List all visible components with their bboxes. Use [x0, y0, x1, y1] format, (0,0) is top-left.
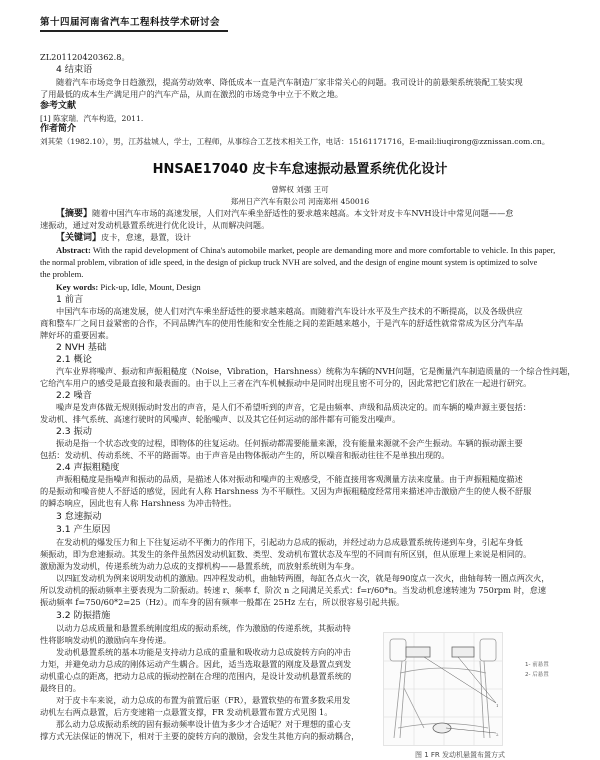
author-intro-heading: 作者简介	[40, 124, 76, 135]
abstract-en-line: the problem.	[40, 269, 83, 280]
body-line: 动机重心点的距离，把动力总成的振动控制在合理的范围内，是设计发动机悬置系统的	[40, 671, 351, 682]
body-line: 性将影响发动机的激励向车身传递。	[40, 635, 171, 646]
document-page: 第十四届河南省汽车工程科技学术研讨会 ZL201120420362.8。 4 结…	[0, 0, 600, 760]
callout-2: 2	[496, 732, 499, 737]
body-line: 的是振动和噪音使人不舒适的感觉，因此有人称 Harshness 为不平顺性。又因…	[40, 486, 531, 497]
body-line: 以四缸发动机为例来说明发动机的激励。四冲程发动机，曲轴转两圈，每缸各点火一次，就…	[56, 573, 549, 584]
body-line: 以动力总成质量和悬置系统刚度组成的振动系统，作为激励的传递系统，其振动特	[56, 623, 351, 634]
figure-caption: 图 1 FR 发动机悬置布置方式	[415, 750, 505, 760]
body-line: 最终目的。	[40, 683, 81, 694]
conclusion-line: 随着汽车市场竞争日趋激烈，提高劳动效率、降低成本一直是汽车制造厂家非常关心的问题…	[56, 77, 523, 88]
body-line: 动机左右两点悬置，后方变速箱一点悬置支撑，FR 发动机悬置布置方式见图 1。	[40, 707, 332, 718]
body-line: 频振动，即为怠速振动。其发生的条件虽然因发动机缸数、类型、发动机布置状态及车型的…	[40, 549, 531, 560]
patent-number: ZL201120420362.8。	[40, 52, 130, 63]
author-bio: 刘其荣（1982.10），男，江苏盐城人，学士，工程师，从事综合工艺技术相关工作…	[40, 136, 549, 147]
body-line: 那么动力总成振动系统的固有振动频率设计值为多少才合适呢？对于理想的重心支	[56, 719, 351, 730]
keywords-cn-line: 【关键词】皮卡，怠速，悬置，设计	[56, 232, 191, 244]
chassis-drawing-icon: 1 2	[384, 633, 502, 745]
subsection-heading: 2.4 声振粗糙度	[56, 462, 119, 473]
references-heading: 参考文献	[40, 101, 76, 112]
body-line: 对于皮卡车来说，动力总成的布置为前置后驱（FR），悬置软垫的布置多数采用发	[56, 695, 350, 706]
body-line: 包括：发动机、传动系统、不平的路面等。由于声音是由物体振动产生的，所以噪音和振动…	[40, 450, 449, 461]
abstract-en-label: Abstract:	[56, 245, 91, 255]
body-line: 撑方式无法保证的情况下，相对于主要的旋转方向的激励，会发生其他方向的振动耦合，	[40, 731, 359, 742]
body-line: 振动频率 f=750/60*2=25（Hz）。而车身的固有频率一般都在 25Hz…	[40, 597, 404, 608]
subsection-heading: 2.3 振动	[56, 426, 92, 437]
callout-1: 1	[496, 703, 499, 708]
abstract-cn-line: 速振动，通过对发动机悬置系统进行优化设计，从而解决问题。	[40, 220, 269, 231]
section-heading: 3 怠速振动	[56, 511, 102, 522]
figure-engine-mount-layout: 1 2	[383, 632, 503, 746]
keywords-en-line: Key words: Pick-up, Idle, Mount, Design	[56, 282, 201, 293]
abstract-en-line: the normal problem, vibration of idle sp…	[40, 257, 537, 268]
conclusion-line: 了用最低的成本生产满足用户的汽车产品，从而在激烈的市场竞争中立于不败之地。	[40, 89, 343, 100]
subsection-heading: 2.2 噪音	[56, 390, 92, 401]
keywords-en-label: Key words:	[56, 282, 98, 292]
article-title: HNSAE17040 皮卡车怠速振动悬置系统优化设计	[0, 158, 600, 177]
body-line: 在发动机的爆发压力和上下往复运动不平衡力的作用下，引起动力总成的振动，并经过动力…	[56, 537, 523, 548]
section-heading: 2 NVH 基础	[56, 342, 106, 353]
body-line: 振动是指一个状态改变的过程，即物体的往复运动。任何振动都需要能量来源，没有能量来…	[56, 438, 523, 449]
subsection-heading: 3.1 产生原因	[56, 524, 110, 535]
running-header: 第十四届河南省汽车工程科技学术研讨会	[40, 14, 228, 32]
body-line: 激励源为发动机，传递系统为动力总成的支撑机构——悬置系统，而放射系统则为车身。	[40, 561, 359, 572]
abstract-en-line: Abstract: With the rapid development of …	[56, 245, 555, 256]
section-heading: 1 前言	[56, 294, 83, 305]
figure-legend-item: 2- 后悬置	[525, 670, 549, 678]
body-line: 汽车业界将噪声、振动和声振粗糙度（Noise，Vibration，Harshne…	[56, 366, 575, 377]
body-line: 的瞬态响应，因此也有人称 Harshness 为冲击特性。	[40, 498, 237, 509]
reference-item: [1] 陈家瑞．汽车构造，2011.	[40, 113, 143, 124]
body-line: 中国汽车市场的高速发展，使人们对汽车乘坐舒适性的要求越来越高。而随着汽车设计水平…	[56, 306, 523, 317]
abstract-cn-line: 【摘要】随着中国汽车市场的高速发展，人们对汽车乘坐舒适性的要求越来越高。本文针对…	[56, 208, 513, 220]
body-line: 牌好坏的重要因素。	[40, 330, 114, 341]
body-line: 发动机、排气系统、高速行驶时的风噪声、轮胎噪声、以及其它任何运动的部件都有可能发…	[40, 414, 400, 425]
body-line: 噪声是发声体做无规则振动时发出的声音，是人们不希望听到的声音，它是由频率、声级和…	[56, 402, 531, 413]
body-line: 力矩，并避免动力总成的刚体运动产生耦合。因此，适当选取悬置的刚度及悬置点到发	[40, 659, 351, 670]
body-line: 它给汽车用户的感受是最直接和最表面的。由于以上三者在汽车机械振动中是同时出现且密…	[40, 378, 531, 389]
conclusion-heading: 4 结束语	[56, 64, 92, 75]
body-line: 商和整车厂之间日益紧密的合作，不同品牌汽车的使用性能和安全性能之间的差距越来越小…	[40, 318, 523, 329]
body-line: 发动机悬置系统的基本功能是支持动力总成的重量和吸收动力总成旋转方向的冲击	[56, 647, 351, 658]
subsection-heading: 2.1 概论	[56, 354, 92, 365]
article-affiliation: 郑州日产汽车有限公司 河南郑州 450016	[0, 196, 600, 207]
subsection-heading: 3.2 防振措施	[56, 610, 110, 621]
body-line: 声振粗糙度是指噪声和振动的品质，是描述人体对振动和噪声的主观感受，不能直接用客观…	[56, 474, 523, 485]
figure-legend-item: 1- 前悬置	[525, 660, 549, 668]
abstract-cn-label: 【摘要】	[56, 209, 92, 219]
body-line: 所以发动机的振动频率主要表现为二阶振动。转速 r、频率 f、阶次 n 之间满足关…	[40, 585, 546, 596]
keywords-cn-label: 【关键词】	[56, 233, 101, 243]
article-authors: 曾辉权 刘强 王可	[0, 184, 600, 195]
